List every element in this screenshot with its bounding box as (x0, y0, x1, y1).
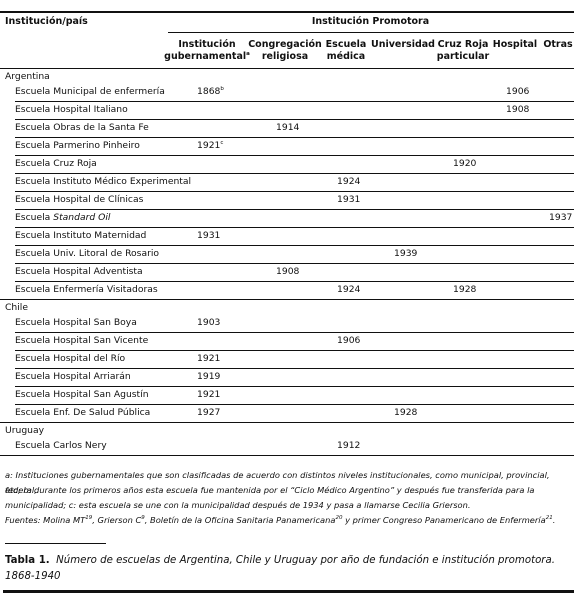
school-name-italic: Standard Oil (53, 212, 110, 223)
caption-text: Número de escuelas de Argentina, Chile y… (56, 555, 555, 566)
source-congreso: y primer Congreso Panamericano de Enferm… (342, 515, 545, 525)
year-cell-cruz: 1928 (453, 284, 476, 296)
year-cell-med: 1906 (337, 335, 360, 347)
country-label: Argentina (5, 71, 50, 83)
school-name: Escuela Obras de la Santa Fe (15, 122, 149, 134)
year-cell-cong: 1914 (276, 122, 299, 134)
ref-21: 21 (546, 515, 553, 521)
row-divider (0, 422, 574, 423)
column-header-line2: religiosa (244, 51, 326, 63)
school-name: Escuela Hospital San Vicente (15, 335, 148, 347)
footnote-marker: b (220, 86, 224, 92)
source-grierson: , Grierson C (92, 515, 141, 525)
source-boletin: , Boletín de la Oficina Sanitaria Paname… (145, 515, 336, 525)
column-header-line1: Universidad (368, 39, 438, 51)
column-header-line2: gubernamentala (162, 51, 252, 63)
column-header-cruz: Cruz Rojaparticular (431, 39, 495, 63)
caption-line2: 1868-1940 (5, 569, 575, 585)
table-caption: Tabla 1. Número de escuelas de Argentina… (5, 553, 575, 569)
year-cell-med: 1924 (337, 284, 360, 296)
year-cell-med: 1924 (337, 176, 360, 188)
sources-note: Fuentes: Molina MT19, Grierson C9, Bolet… (5, 513, 575, 528)
year-cell-gub: 1921c (197, 140, 223, 152)
column-header-line1: Congregación (244, 39, 326, 51)
column-header-med: Escuelamédica (320, 39, 372, 63)
school-name: Escuela Hospital San Agustín (15, 389, 149, 401)
row-divider (0, 299, 574, 300)
caption-short-rule (5, 543, 106, 544)
school-name: Escuela Municipal de enfermería (15, 86, 165, 98)
year-cell-univ: 1928 (394, 407, 417, 419)
row-divider (15, 119, 574, 120)
column-header-line1: Cruz Roja (431, 39, 495, 51)
column-header-univ: Universidad (368, 39, 438, 51)
year-cell-otras: 1937 (549, 212, 572, 224)
year-cell-gub: 1903 (197, 317, 220, 329)
column-header-line1: Escuela (320, 39, 372, 51)
year-cell-cruz: 1920 (453, 158, 476, 170)
year-cell-univ: 1939 (394, 248, 417, 260)
row-divider (15, 227, 574, 228)
row-divider (15, 191, 574, 192)
row-divider (15, 173, 574, 174)
column-header-line1: Hospital (487, 39, 543, 51)
row-divider (15, 209, 574, 210)
caption-label: Tabla 1. (5, 555, 50, 566)
school-name: Escuela Hospital Adventista (15, 266, 143, 278)
year-cell-gub: 1931 (197, 230, 220, 242)
group-header-rule (168, 32, 574, 33)
row-divider (0, 455, 574, 456)
header-bottom-rule (0, 68, 574, 69)
school-name: Escuela Univ. Litoral de Rosario (15, 248, 159, 260)
school-name: Escuela Enfermería Visitadoras (15, 284, 158, 296)
row-divider (15, 281, 574, 282)
row-divider (15, 404, 574, 405)
note-c: municipalidad; c: esta escuela se une co… (5, 498, 575, 513)
country-label: Uruguay (5, 425, 44, 437)
row-divider (15, 155, 574, 156)
row-divider (15, 263, 574, 264)
footnote-marker: c (220, 140, 223, 146)
note-b: etc; b: durante los primeros años esta e… (5, 483, 575, 498)
year-cell-gub: 1921 (197, 389, 220, 401)
sources-end: . (553, 515, 556, 525)
row-divider (15, 137, 574, 138)
column-header-line2: médica (320, 51, 372, 63)
row-divider (15, 332, 574, 333)
row-divider (15, 368, 574, 369)
year-cell-gub: 1927 (197, 407, 220, 419)
school-name: Escuela Enf. De Salud Pública (15, 407, 150, 419)
column-header-hosp: Hospital (487, 39, 543, 51)
school-name: Escuela Instituto Maternidad (15, 230, 146, 242)
year-cell-gub: 1919 (197, 371, 220, 383)
column-header-gub: Institucióngubernamentala (162, 39, 252, 63)
school-name: Escuela Hospital Italiano (15, 104, 128, 116)
school-name: Escuela Carlos Nery (15, 440, 107, 452)
row-divider (15, 386, 574, 387)
row-divider (15, 245, 574, 246)
year-cell-med: 1931 (337, 194, 360, 206)
school-name: Escuela Parmerino Pinheiro (15, 140, 140, 152)
school-name: Escuela Hospital del Río (15, 353, 125, 365)
school-name: Escuela Instituto Médico Experimental (15, 176, 191, 188)
school-name: Escuela Hospital San Boya (15, 317, 137, 329)
row-header-label: Institución/país (5, 16, 88, 27)
row-divider (15, 350, 574, 351)
source-molina: Fuentes: Molina MT (5, 515, 85, 525)
school-name: Escuela Cruz Roja (15, 158, 97, 170)
column-header-cong: Congregaciónreligiosa (244, 39, 326, 63)
row-divider (15, 101, 574, 102)
year-cell-gub: 1868b (197, 86, 224, 98)
column-header-line1: Otras (536, 39, 580, 51)
caption-years: 1868-1940 (5, 571, 61, 582)
country-label: Chile (5, 302, 28, 314)
year-cell-hosp: 1906 (506, 86, 529, 98)
school-name: Escuela Standard Oil (15, 212, 110, 224)
top-rule (0, 11, 574, 13)
group-header-label: Institución Promotora (168, 16, 573, 28)
year-cell-med: 1912 (337, 440, 360, 452)
year-cell-cong: 1908 (276, 266, 299, 278)
column-header-line2: particular (431, 51, 495, 63)
column-header-otras: Otras (536, 39, 580, 51)
school-name: Escuela Hospital Arriarán (15, 371, 131, 383)
year-cell-gub: 1921 (197, 353, 220, 365)
school-name: Escuela Hospital de Clínicas (15, 194, 143, 206)
year-cell-hosp: 1908 (506, 104, 529, 116)
bottom-rule (3, 590, 574, 593)
column-header-line1: Institución (162, 39, 252, 51)
